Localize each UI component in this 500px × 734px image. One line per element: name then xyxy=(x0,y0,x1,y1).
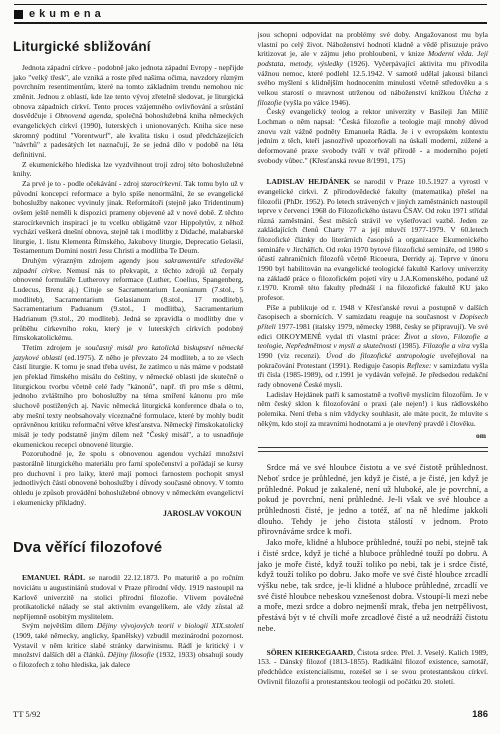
text-segment: Svým největším dílem xyxy=(22,621,97,630)
section-label: ekumena xyxy=(29,8,105,20)
text-segment: se narodil v Praze 10.5.1927 a vyrostl v… xyxy=(258,177,489,302)
section-divider-rule xyxy=(258,447,489,452)
right-column: jsou schopni odpovídat na problémy své d… xyxy=(258,26,489,687)
text-segment: starocírkevní xyxy=(141,179,180,188)
text-segment: Obnovená agenda xyxy=(55,111,111,120)
paragraph: EMANUEL RÁDL se narodil 22.12.1873. Po m… xyxy=(13,573,244,621)
page-number: 186 xyxy=(472,709,488,720)
paragraph: Jednota západní církve - podobně jako je… xyxy=(13,63,244,160)
text-segment: Pozoruhodné je, že spolu s obnovenou age… xyxy=(13,449,244,506)
paragraph: Český evangelický teolog a rektor univer… xyxy=(258,107,489,165)
text-segment: Píše a publikuje od r. 1948 v Křesťanské… xyxy=(258,303,489,322)
quote-paragraph: Jako moře, klidné a hluboce průhledné, t… xyxy=(258,538,489,634)
paragraph: Za prvé je to - podle očekávání - zdroj … xyxy=(13,179,244,256)
journal-page: ekumena Liturgické sbližování Jednota zá… xyxy=(0,0,500,734)
author-signature: om xyxy=(258,431,487,440)
paragraph: Druhým výrazným zdrojem agendy jsou sakr… xyxy=(13,256,244,343)
paragraph: Pozoruhodné je, že spolu s obnovenou age… xyxy=(13,449,244,507)
text-segment: Srdce má ve své hloubce čistotu a ve své… xyxy=(258,463,489,536)
paragraph: Píše a publikuje od r. 1948 v Křesťanské… xyxy=(258,303,489,390)
section-header: ekumena xyxy=(14,4,487,24)
paragraph: Ladislav Hejdánek patří k samostatně a t… xyxy=(258,390,489,429)
quote-paragraph: Srdce má ve své hloubce čistotu a ve své… xyxy=(258,463,489,538)
text-segment: (vyšla po válce 1946). xyxy=(282,98,351,107)
text-segment: (ed.1975). Z něho je převzato 24 modlite… xyxy=(13,353,244,449)
page-footer: TT 5/92 186 xyxy=(13,709,488,720)
paragraph: Svým největším dílem Dějiny vývojových t… xyxy=(13,621,244,669)
text-segment: Reflexe: xyxy=(407,361,432,370)
paragraph: Třetím zdrojem je současný misál pro kat… xyxy=(13,343,244,449)
paragraph: Z ekumenického hlediska lze vyzdvihnout … xyxy=(13,160,244,179)
text-segment: . Nemusí nás to překvapit, z těchto zdro… xyxy=(13,266,244,343)
text-segment: EMANUEL RÁDL xyxy=(22,573,85,582)
quote-source-note: SÖREN KIERKEGAARD, Čistota srdce. Přel. … xyxy=(258,648,489,687)
text-segment: Druhým výrazným zdrojem agendy jsou xyxy=(22,256,164,265)
text-segment: Úvod do filozofické antropologie xyxy=(326,351,435,360)
paragraph: jsou schopni odpovídat na problémy své d… xyxy=(258,30,489,107)
two-column-layout: Liturgické sbližování Jednota západní cí… xyxy=(13,26,488,687)
journal-issue-label: TT 5/92 xyxy=(13,709,40,719)
text-segment: Z ekumenického hlediska lze vyzdvihnout … xyxy=(13,160,244,179)
text-segment: Filozofie a víra xyxy=(423,341,470,350)
text-segment: Třetím zdrojem je xyxy=(22,343,85,352)
text-segment: LADISLAV HEJDÁNEK xyxy=(267,177,350,186)
author-signature: JAROSLAV VOKOUN xyxy=(13,509,242,518)
article-title-liturgy: Liturgické sbližování xyxy=(13,39,244,54)
article-title-philosophers: Dva věřící filozofové xyxy=(13,539,244,556)
text-segment: Dějiny filosofie xyxy=(108,650,154,659)
left-column: Liturgické sbližování Jednota západní cí… xyxy=(13,26,244,687)
section-marker-square-icon xyxy=(14,10,23,19)
text-segment: Jako moře, klidné a hluboce průhledné, t… xyxy=(258,538,489,633)
text-segment: Ladislav Hejdánek patří k samostatně a t… xyxy=(258,390,489,428)
text-segment: Za prvé je to - podle očekávání - zdroj xyxy=(22,179,141,188)
text-segment: Dějiny vývojových teorií v biologii XIX.… xyxy=(97,621,244,630)
text-segment: SÖREN KIERKEGAARD xyxy=(267,648,354,657)
text-segment: (1985). xyxy=(396,341,422,350)
text-segment: . Tak tomu bylo už v původní koncepci re… xyxy=(13,179,244,256)
text-segment: Český evangelický teolog a rektor univer… xyxy=(258,107,489,164)
paragraph: LADISLAV HEJDÁNEK se narodil v Praze 10.… xyxy=(258,177,489,303)
